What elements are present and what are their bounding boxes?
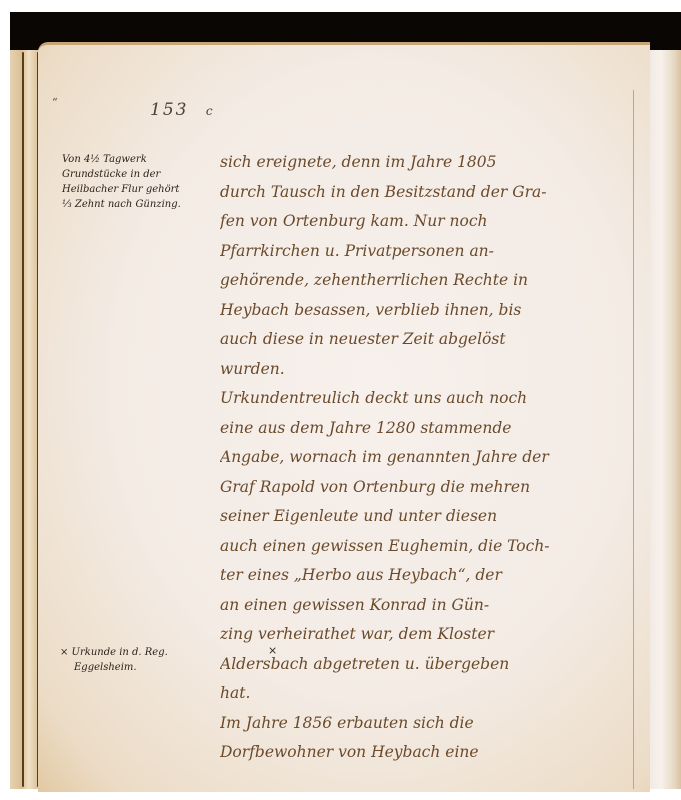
text-line: Graf Rapold von Ortenburg die mehren <box>220 473 630 503</box>
page-number: 153 c <box>150 100 215 120</box>
text-line: durch Tausch in den Besitzstand der Gra- <box>220 178 630 208</box>
manuscript-body: sich ereignete, denn im Jahre 1805 durch… <box>220 148 630 768</box>
text-line: seiner Eigenleute und unter diesen <box>220 502 630 532</box>
text-line: zing verheirathet war, dem Kloster <box>220 620 630 650</box>
text-line: an einen gewissen Konrad in Gün- <box>220 591 630 621</box>
margin-note-line: × Urkunde in d. Reg. <box>60 645 210 660</box>
text-line: gehörende, zehentherrlichen Rechte in <box>220 266 630 296</box>
text-line: sich ereignete, denn im Jahre 1805 <box>220 148 630 178</box>
text-line: Angabe, wornach im genannten Jahre der <box>220 443 630 473</box>
margin-note-line: Heilbacher Flur gehört <box>62 182 212 197</box>
text-line: wurden. <box>220 355 630 385</box>
footnote-marker: × <box>268 644 277 657</box>
text-line: auch diese in neuester Zeit abgelöst <box>220 325 630 355</box>
text-line: hat. <box>220 679 630 709</box>
margin-note-line: Eggelsheim. <box>60 660 210 675</box>
text-line: Dorfbewohner von Heybach eine <box>220 738 630 768</box>
margin-note-footnote: × Urkunde in d. Reg. Eggelsheim. <box>60 645 210 675</box>
page-corner-mark: “ <box>52 96 58 109</box>
page-edge-line <box>22 52 24 787</box>
text-line: fen von Ortenburg kam. Nur noch <box>220 207 630 237</box>
text-line: Aldersbach abgetreten u. übergeben <box>220 650 630 680</box>
page-number-suffix: c <box>206 104 215 118</box>
margin-note-tithe: Von 4½ Tagwerk Grundstücke in der Heilba… <box>62 152 212 212</box>
margin-rule <box>633 90 634 789</box>
book-page-edges-right <box>648 50 681 789</box>
text-line: Heybach besassen, verblieb ihnen, bis <box>220 296 630 326</box>
margin-note-line: ⅓ Zehnt nach Günzing. <box>62 197 212 212</box>
text-line: Urkundentreulich deckt uns auch noch <box>220 384 630 414</box>
text-line: Pfarrkirchen u. Privatpersonen an- <box>220 237 630 267</box>
page-number-value: 153 <box>150 100 188 120</box>
margin-note-line: Von 4½ Tagwerk <box>62 152 212 167</box>
text-line: ter eines „Herbo aus Heybach“, der <box>220 561 630 591</box>
text-line: auch einen gewissen Eughemin, die Toch- <box>220 532 630 562</box>
text-line: eine aus dem Jahre 1280 stammende <box>220 414 630 444</box>
text-line: Im Jahre 1856 erbauten sich die <box>220 709 630 739</box>
margin-note-line: Grundstücke in der <box>62 167 212 182</box>
